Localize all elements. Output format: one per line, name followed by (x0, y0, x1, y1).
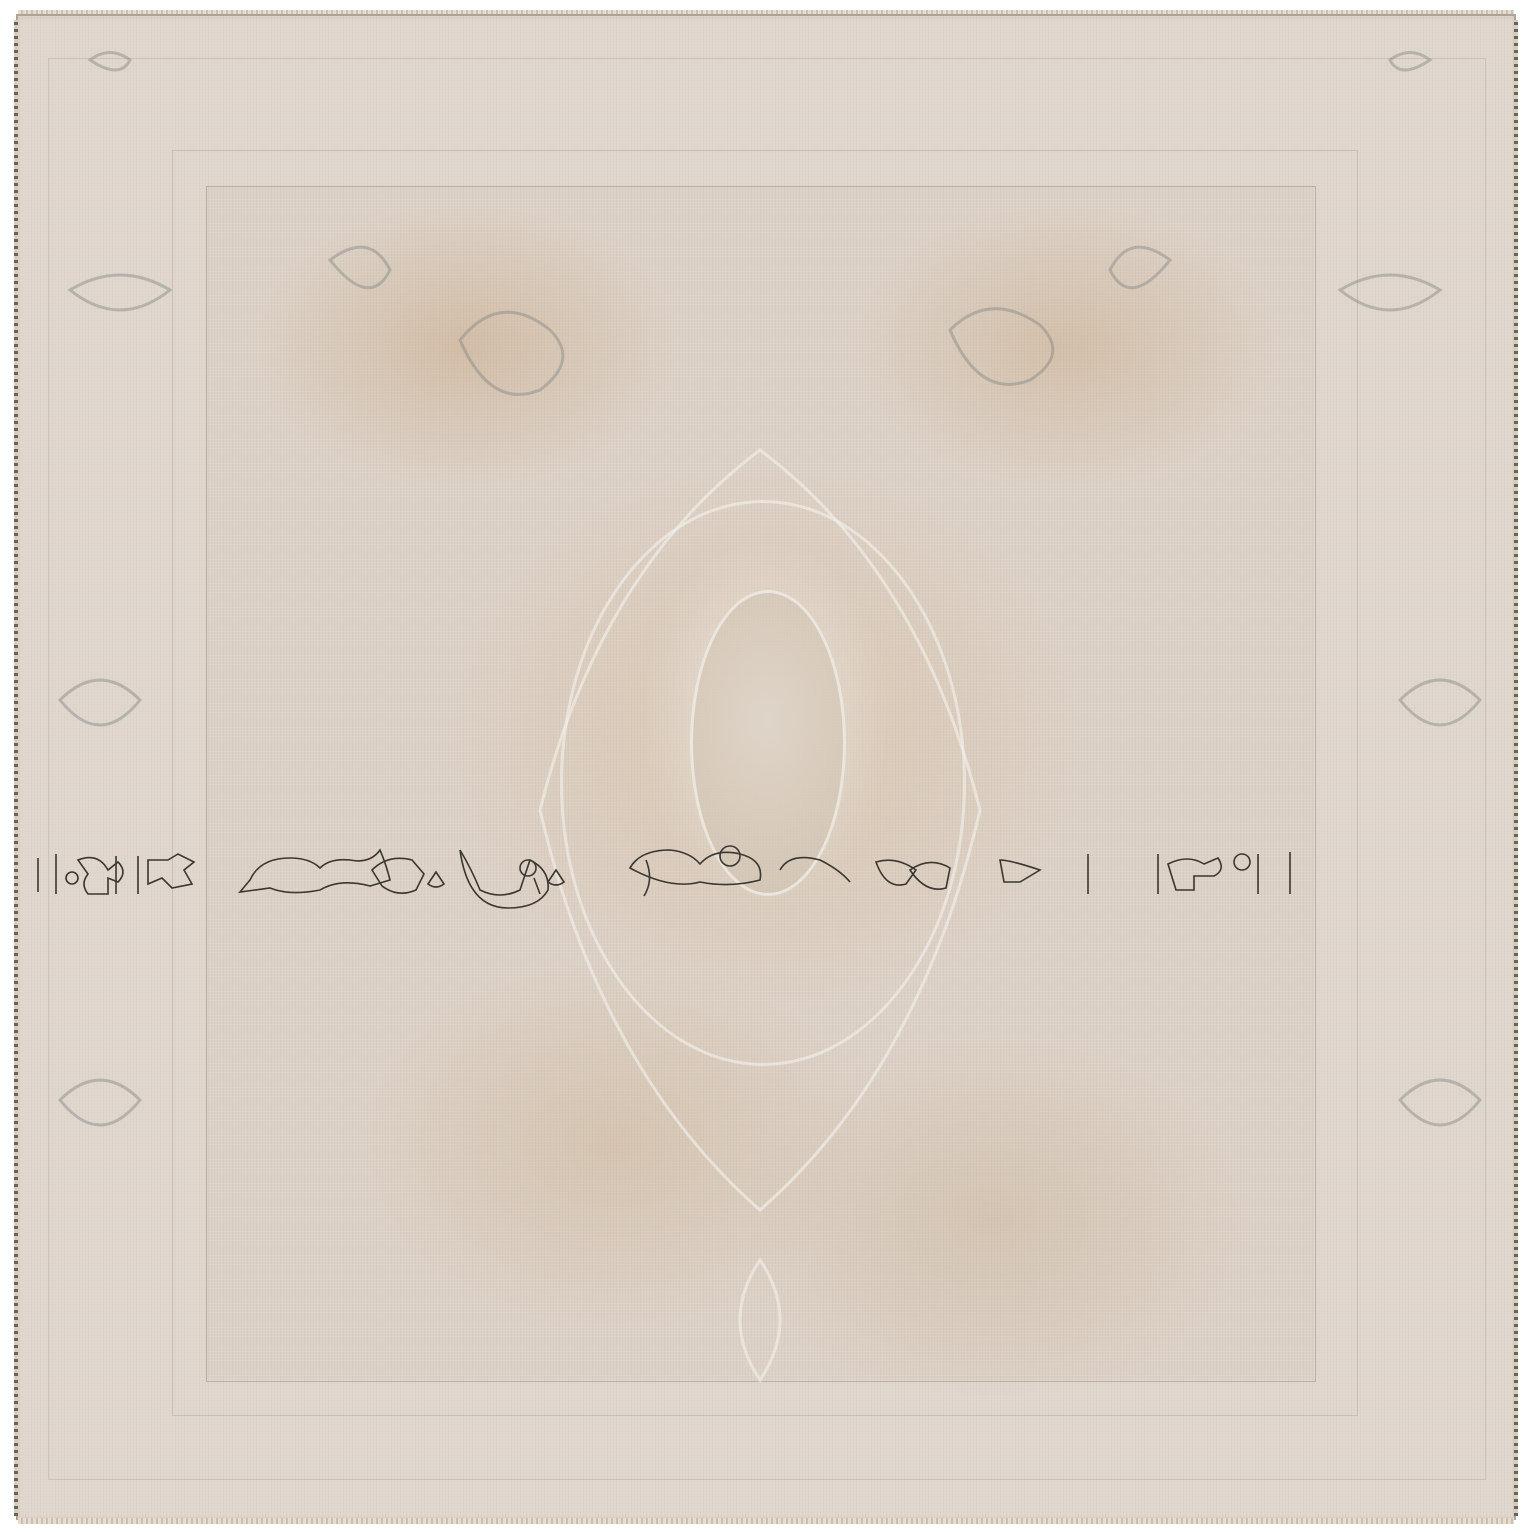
dark-motif-band (0, 820, 1532, 920)
faded-floral-motifs (0, 0, 1532, 1532)
dark-floral-motifs (0, 820, 1532, 920)
